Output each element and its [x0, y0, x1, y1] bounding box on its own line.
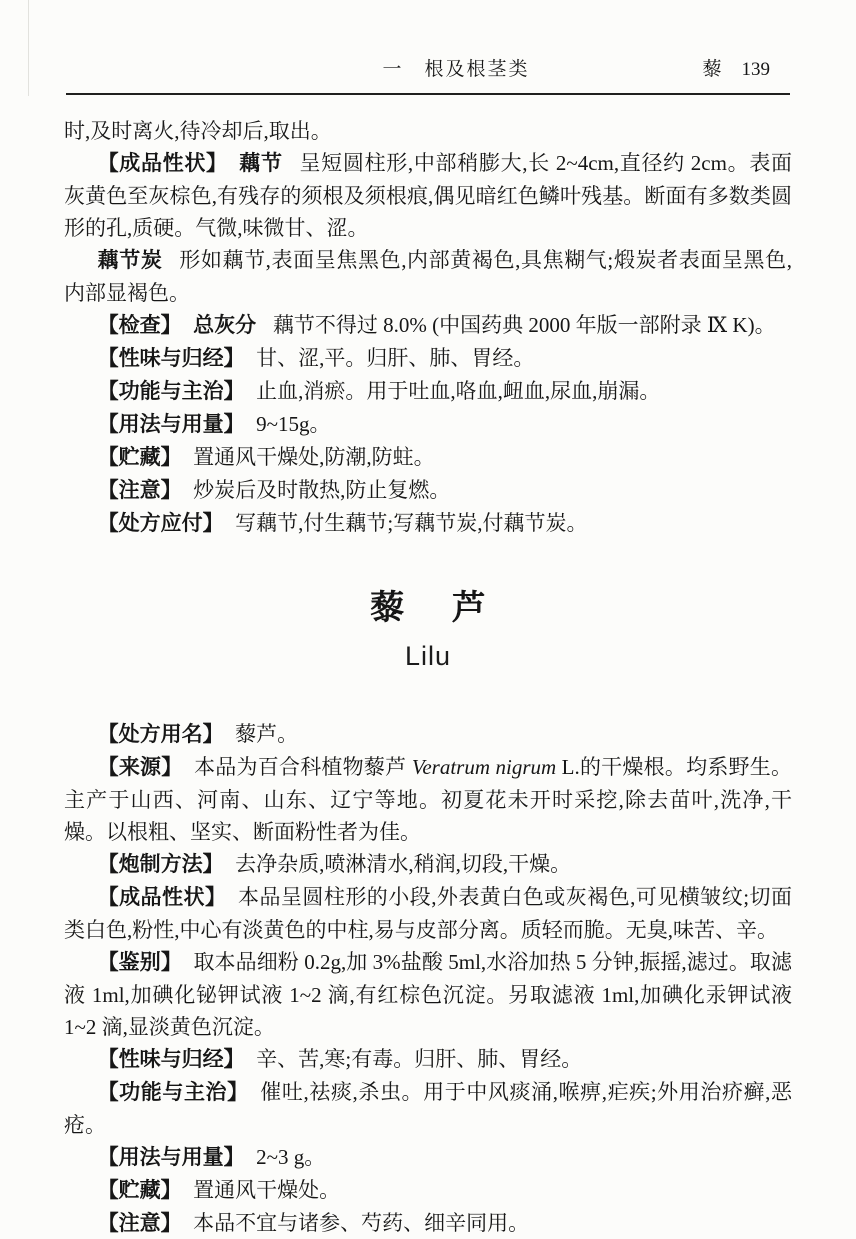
body-text: 藜芦。 [235, 722, 298, 746]
field-label: 【来源】 [98, 756, 183, 779]
sub-heading: 藕节炭 [98, 249, 163, 272]
field-label: 【性味与归经】 [98, 347, 245, 370]
scan-artifact-line [28, 0, 29, 96]
field-label: 【成品性状】 [98, 152, 228, 175]
sub-heading: 总灰分 [193, 314, 256, 337]
paragraph-zhuyi: 【注意】炒炭后及时散热,防止复燃。 [64, 474, 792, 507]
entry-title: 藜芦 [64, 580, 792, 629]
body-text: 去净杂质,喷淋清水,稍润,切段,干燥。 [235, 852, 571, 876]
page-content: 一 根及根茎类 藜 139 时,及时离火,待冷却后,取出。 【成品性状】藕节呈短… [0, 56, 856, 1239]
field-label: 【鉴别】 [98, 951, 182, 974]
paragraph-paozhi: 【炮制方法】去净杂质,喷淋清水,稍润,切段,干燥。 [64, 848, 792, 881]
paragraph-zhucang: 【贮藏】置通风干燥处。 [64, 1174, 792, 1207]
body-text: 9~15g。 [256, 412, 330, 436]
paragraph-chengpin: 【成品性状】本品呈圆柱形的小段,外表黄白色或灰褐色,可见横皱纹;切面类白色,粉性… [64, 881, 792, 946]
header-rule [66, 93, 790, 95]
paragraph-jianbie: 【鉴别】取本品细粉 0.2g,加 3%盐酸 5ml,水浴加热 5 分钟,振摇,滤… [64, 946, 792, 1043]
body-text: 形如藕节,表面呈焦黑色,内部黄褐色,具焦糊气;煅炭者表面呈黑色,内部显褐色。 [64, 248, 792, 305]
body-text: 本品为百合科植物藜芦 [194, 755, 412, 779]
entry-lilu-section: 【处方用名】藜芦。 【来源】本品为百合科植物藜芦 Veratrum nigrum… [64, 718, 792, 1239]
field-label: 【用法与用量】 [98, 413, 245, 436]
field-label: 【炮制方法】 [98, 853, 224, 876]
running-head-page-number: 139 [742, 56, 771, 84]
paragraph-chufangyingfu: 【处方应付】写藕节,付生藕节;写藕节炭,付藕节炭。 [64, 507, 792, 540]
field-label: 【注意】 [98, 1212, 182, 1235]
body-text: 炒炭后及时散热,防止复燃。 [193, 478, 450, 502]
latin-binomial: Veratrum nigrum [412, 755, 556, 779]
body-text: 写藕节,付生藕节;写藕节炭,付藕节炭。 [235, 511, 587, 535]
entry-pinyin: Lilu [64, 641, 792, 672]
running-head: 一 根及根茎类 藜 139 [64, 56, 792, 84]
paragraph-chengpin: 【成品性状】藕节呈短圆柱形,中部稍膨大,长 2~4cm,直径约 2cm。表面灰黄… [64, 147, 792, 244]
field-label: 【检查】 [98, 314, 182, 337]
field-label: 【处方应付】 [98, 512, 224, 535]
field-label: 【注意】 [98, 479, 182, 502]
paragraph-oujietan: 藕节炭形如藕节,表面呈焦黑色,内部黄褐色,具焦糊气;煅炭者表面呈黑色,内部显褐色… [64, 244, 792, 309]
field-label: 【贮藏】 [98, 446, 182, 469]
body-text: 甘、涩,平。归肝、肺、胃经。 [256, 346, 534, 370]
running-head-right: 藜 139 [702, 56, 770, 84]
paragraph-xingwei: 【性味与归经】甘、涩,平。归肝、肺、胃经。 [64, 342, 792, 375]
body-text: 辛、苦,寒;有毒。归肝、肺、胃经。 [256, 1047, 582, 1071]
paragraph-laiyuan: 【来源】本品为百合科植物藜芦 Veratrum nigrum L.的干燥根。均系… [64, 751, 792, 848]
paragraph-gongneng: 【功能与主治】催吐,祛痰,杀虫。用于中风痰涌,喉痹,疟疾;外用治疥癣,恶疮。 [64, 1076, 792, 1141]
running-head-entry-char: 藜 [702, 56, 721, 84]
body-text: 藕节不得过 8.0% (中国药典 2000 年版一部附录 Ⅸ K)。 [273, 313, 776, 337]
paragraph-chufangyongming: 【处方用名】藜芦。 [64, 718, 792, 751]
field-label: 【功能与主治】 [98, 1081, 249, 1104]
field-label: 【贮藏】 [98, 1179, 182, 1202]
paragraph-yongfa: 【用法与用量】9~15g。 [64, 408, 792, 441]
paragraph-jiancha: 【检查】总灰分藕节不得过 8.0% (中国药典 2000 年版一部附录 Ⅸ K)… [64, 309, 792, 342]
field-label: 【处方用名】 [98, 723, 224, 746]
body-text: 置通风干燥处。 [193, 1178, 340, 1202]
field-label: 【性味与归经】 [98, 1048, 245, 1071]
field-label: 【成品性状】 [98, 886, 227, 909]
sub-heading: 藕节 [239, 152, 282, 175]
paragraph-zhuyi: 【注意】本品不宜与诸参、芍药、细辛同用。 [64, 1207, 792, 1239]
paragraph-gongneng: 【功能与主治】止血,消瘀。用于吐血,咯血,衄血,尿血,崩漏。 [64, 375, 792, 408]
paragraph-xingwei: 【性味与归经】辛、苦,寒;有毒。归肝、肺、胃经。 [64, 1043, 792, 1076]
body-text: 止血,消瘀。用于吐血,咯血,衄血,尿血,崩漏。 [256, 379, 660, 403]
body-text: 2~3 g。 [256, 1145, 325, 1169]
paragraph-yongfa: 【用法与用量】2~3 g。 [64, 1141, 792, 1174]
continuation-line: 时,及时离火,待冷却后,取出。 [64, 115, 792, 147]
book-page: { "header": { "section": "一 根及根茎类", "ent… [0, 0, 856, 1239]
paragraph-zhucang: 【贮藏】置通风干燥处,防潮,防蛀。 [64, 441, 792, 474]
field-label: 【用法与用量】 [98, 1146, 245, 1169]
body-text: 本品不宜与诸参、芍药、细辛同用。 [193, 1211, 529, 1235]
entry-oujie-section: 时,及时离火,待冷却后,取出。 【成品性状】藕节呈短圆柱形,中部稍膨大,长 2~… [64, 115, 792, 540]
field-label: 【功能与主治】 [98, 380, 245, 403]
body-text: 置通风干燥处,防潮,防蛀。 [193, 445, 435, 469]
